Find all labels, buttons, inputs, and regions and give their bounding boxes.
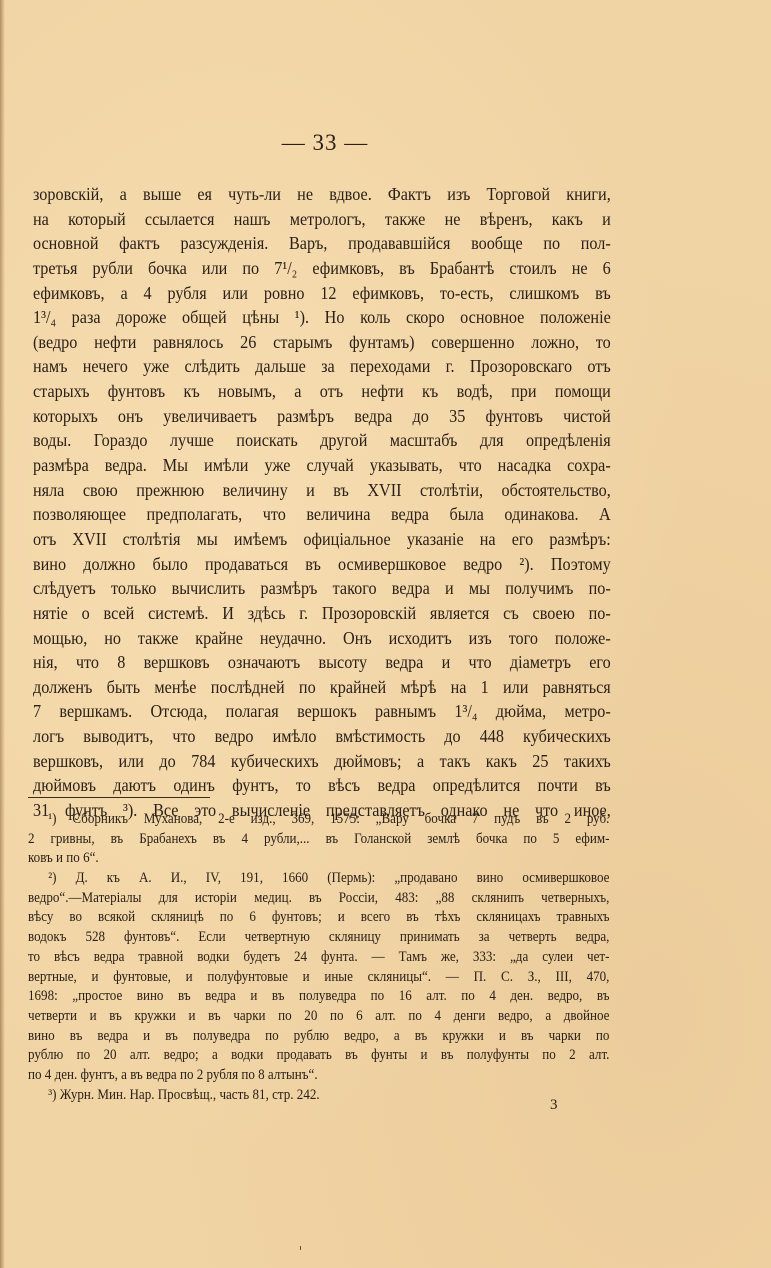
footnote-line: вѣсу во всякой скляницѣ по 6 фунтовъ; и … [28,908,609,928]
body-line: няла свою прежнюю величину и въ XVII сто… [33,478,611,503]
body-line: нятіе о всей системѣ. И здѣсь г. Прозоро… [33,601,611,626]
body-line: вершковъ, или до 784 кубическихъ дюймовъ… [33,749,611,774]
footnotes-block: ¹) Сборникъ Муханова, 2-е изд., 369, 157… [28,810,610,1105]
body-line: 7 вершкамъ. Отсюда, полагая вершокъ равн… [33,699,611,724]
body-line: слѣдуетъ только вычислить размѣръ такого… [33,576,611,601]
body-line: 1³/₄ раза дороже общей цѣны ¹). Но коль … [33,305,611,330]
document-page: — 33 — зоровскій, а выше ея чуть-ли не в… [0,0,771,1268]
body-line: мощью, но также крайне неудачно. Онъ исх… [33,626,611,651]
body-line: воды. Гораздо лучше поискать другой масш… [33,428,611,453]
body-line: логъ выводитъ, что ведро имѣло вмѣстимос… [33,724,611,749]
footnote-line: то вѣсъ ведра травной водки будетъ 24 фу… [28,948,609,968]
footnote-line: ведро“.—Матеріалы для исторіи медиц. въ … [28,889,609,909]
footnote-line: ²) Д. къ А. И., IV, 191, 1660 (Пермь): „… [28,869,609,889]
footnote-line: четверти и въ кружки и въ чарки по 20 по… [28,1007,609,1027]
body-line: долженъ быть менѣе послѣдней по крайней … [33,675,611,700]
body-line: намъ нечего уже слѣдить дальше за перехо… [33,354,611,379]
footnote-line: ³) Журн. Мин. Нар. Просвѣщ., часть 81, с… [28,1086,609,1106]
body-line: основной фактъ разсужденія. Варъ, продав… [33,231,611,256]
body-line: зоровскій, а выше ея чуть-ли не вдвое. Ф… [33,182,611,207]
footnote-line: рублю по 20 алт. ведро; а водки продават… [28,1046,609,1066]
footnote-separator-rule [28,797,210,798]
body-line: вино должно было продаваться въ осмиверш… [33,552,611,577]
footnote-line: ¹) Сборникъ Муханова, 2-е изд., 369, 157… [28,810,609,830]
footnote-line: 1698: „простое вино въ ведра и въ полуве… [28,987,609,1007]
footnote-line: ковъ и по 6“. [28,849,609,869]
body-line: позволяющее предполагать, что величина в… [33,502,611,527]
page-number-header: — 33 — [240,130,410,156]
footnote-line: водокъ 528 фунтовъ“. Если четвертную скл… [28,928,609,948]
body-line: третья рубли бочка или по 7¹/₂ ефимковъ,… [33,256,611,281]
body-line: нія, что 8 вершковъ означаютъ высоту вед… [33,650,611,675]
paper-speck [300,1246,301,1250]
body-line: (ведро нефти равнялось 26 старымъ фунтам… [33,330,611,355]
body-line: ефимковъ, а 4 рубля или ровно 12 ефимков… [33,281,611,306]
main-body-text: зоровскій, а выше ея чуть-ли не вдвое. Ф… [33,182,611,823]
signature-mark: 3 [550,1097,558,1114]
footnote-line: по 4 ден. фунтъ, а въ ведра по 2 рубля п… [28,1066,609,1086]
body-line: старыхъ фунтовъ къ новымъ, а отъ нефти к… [33,379,611,404]
footnote-line: вертные, и фунтовые, и полуфунтовые и ин… [28,968,609,988]
body-line: размѣра ведра. Мы имѣли уже случай указы… [33,453,611,478]
body-line: которыхъ онъ увеличиваетъ размѣръ ведра … [33,404,611,429]
body-line: дюймовъ даютъ одинъ фунтъ, то вѣсъ ведра… [33,773,611,798]
body-line: на который ссылается нашъ метрологъ, так… [33,207,611,232]
footnote-line: 2 гривны, въ Брабанехъ въ 4 рубли,... въ… [28,830,609,850]
footnote-line: вино въ ведра и въ полуведра по рублю ве… [28,1027,609,1047]
body-line: отъ XVII столѣтія мы имѣемъ офиціальное … [33,527,611,552]
